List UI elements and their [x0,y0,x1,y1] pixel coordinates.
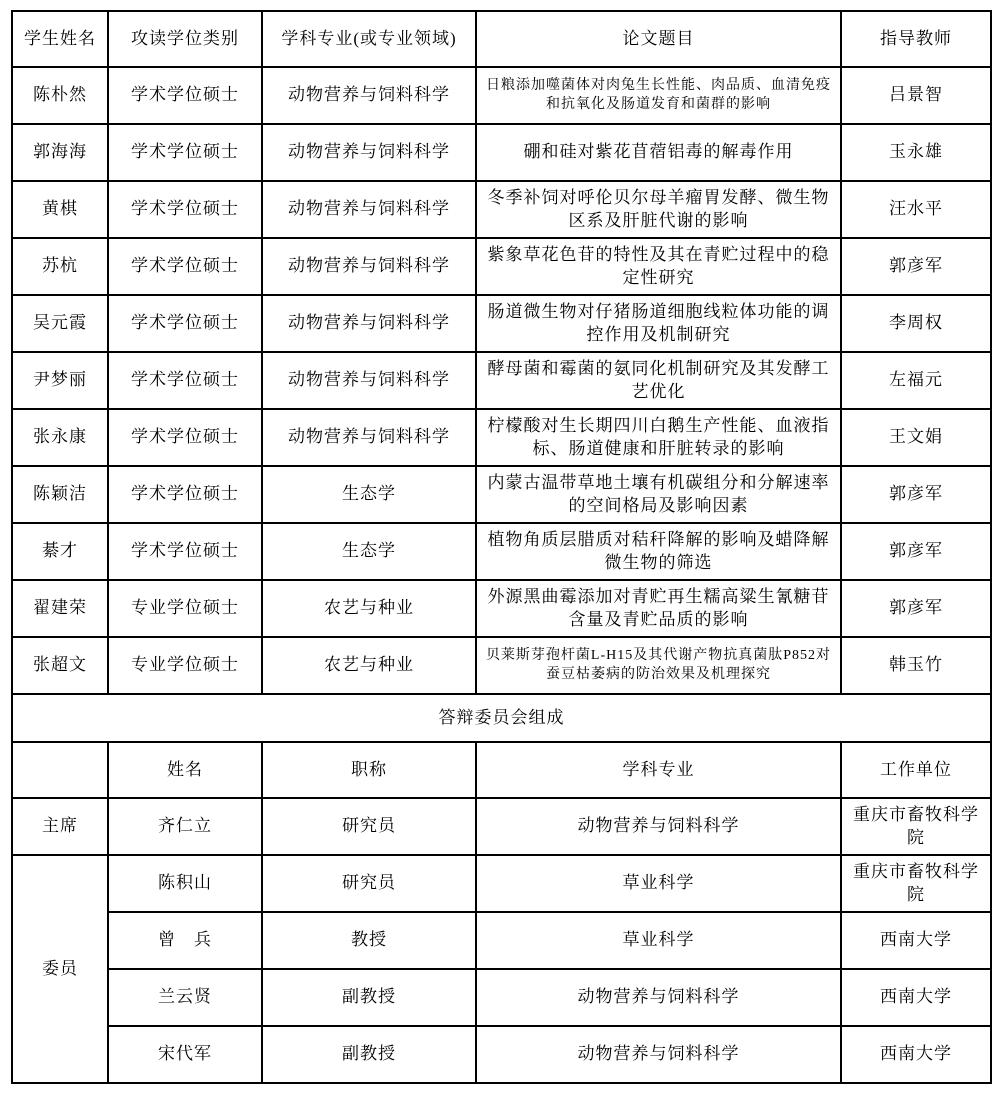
roster-table: 学生姓名 攻读学位类别 学科专业(或专业领域) 论文题目 指导教师 陈朴然 学术… [11,10,992,1084]
student-name: 张永康 [12,409,108,466]
major: 动物营养与饲料科学 [262,352,476,409]
student-row: 翟建荣 专业学位硕士 农艺与种业 外源黑曲霉添加对青贮再生糯高粱生氰糖苷含量及青… [12,580,991,637]
committee-member-unit: 西南大学 [841,969,991,1026]
committee-member-rank: 副教授 [262,1026,476,1083]
degree-type: 学术学位硕士 [108,67,262,124]
committee-member-rank: 研究员 [262,798,476,855]
committee-section-row: 答辩委员会组成 [12,694,991,742]
student-name: 陈朴然 [12,67,108,124]
thesis-title: 硼和硅对紫花苜蓿铝毒的解毒作用 [476,124,841,181]
student-name: 苏杭 [12,238,108,295]
student-row: 陈颖洁 学术学位硕士 生态学 内蒙古温带草地土壤有机碳组分和分解速率的空间格局及… [12,466,991,523]
committee-header-row: 姓名 职称 学科专业 工作单位 [12,742,991,798]
thesis-title: 肠道微生物对仔猪肠道细胞线粒体功能的调控作用及机制研究 [476,295,841,352]
thesis-title: 冬季补饲对呼伦贝尔母羊瘤胃发酵、微生物区系及肝脏代谢的影响 [476,181,841,238]
degree-type: 学术学位硕士 [108,466,262,523]
advisor: 韩玉竹 [841,637,991,694]
advisor: 汪水平 [841,181,991,238]
advisor: 左福元 [841,352,991,409]
header-thesis-title: 论文题目 [476,11,841,67]
advisor: 王文娟 [841,409,991,466]
committee-member-unit: 西南大学 [841,912,991,969]
committee-member-unit: 重庆市畜牧科学院 [841,855,991,912]
degree-type: 学术学位硕士 [108,238,262,295]
student-name: 郭海海 [12,124,108,181]
student-name: 翟建荣 [12,580,108,637]
committee-header-major: 学科专业 [476,742,841,798]
degree-type: 学术学位硕士 [108,295,262,352]
committee-member-major: 动物营养与饲料科学 [476,969,841,1026]
thesis-title: 植物角质层腊质对秸秆降解的影响及蜡降解微生物的筛选 [476,523,841,580]
committee-member-major: 动物营养与饲料科学 [476,1026,841,1083]
committee-member-major: 草业科学 [476,912,841,969]
student-name: 綦才 [12,523,108,580]
student-row: 苏杭 学术学位硕士 动物营养与饲料科学 紫象草花色苷的特性及其在青贮过程中的稳定… [12,238,991,295]
student-row: 张永康 学术学位硕士 动物营养与饲料科学 柠檬酸对生长期四川白鹅生产性能、血液指… [12,409,991,466]
committee-header-name: 姓名 [108,742,262,798]
degree-type: 学术学位硕士 [108,352,262,409]
members-label: 委员 [12,855,108,1083]
committee-member-row: 兰云贤 副教授 动物营养与饲料科学 西南大学 [12,969,991,1026]
student-row: 郭海海 学术学位硕士 动物营养与饲料科学 硼和硅对紫花苜蓿铝毒的解毒作用 玉永雄 [12,124,991,181]
degree-type: 专业学位硕士 [108,580,262,637]
degree-type: 学术学位硕士 [108,181,262,238]
committee-member-major: 动物营养与饲料科学 [476,798,841,855]
committee-member-unit: 西南大学 [841,1026,991,1083]
thesis-title: 柠檬酸对生长期四川白鹅生产性能、血液指标、肠道健康和肝脏转录的影响 [476,409,841,466]
student-name: 黄棋 [12,181,108,238]
student-row: 綦才 学术学位硕士 生态学 植物角质层腊质对秸秆降解的影响及蜡降解微生物的筛选 … [12,523,991,580]
chair-label: 主席 [12,798,108,855]
header-degree-type: 攻读学位类别 [108,11,262,67]
degree-type: 学术学位硕士 [108,523,262,580]
header-advisor: 指导教师 [841,11,991,67]
committee-member-name: 宋代军 [108,1026,262,1083]
major: 农艺与种业 [262,580,476,637]
major: 动物营养与饲料科学 [262,295,476,352]
committee-member-row: 宋代军 副教授 动物营养与饲料科学 西南大学 [12,1026,991,1083]
advisor: 玉永雄 [841,124,991,181]
committee-section-title: 答辩委员会组成 [12,694,991,742]
advisor: 吕景智 [841,67,991,124]
major: 动物营养与饲料科学 [262,124,476,181]
student-row: 黄棋 学术学位硕士 动物营养与饲料科学 冬季补饲对呼伦贝尔母羊瘤胃发酵、微生物区… [12,181,991,238]
committee-member-rank: 副教授 [262,969,476,1026]
thesis-title: 外源黑曲霉添加对青贮再生糯高粱生氰糖苷含量及青贮品质的影响 [476,580,841,637]
committee-member-row: 曾 兵 教授 草业科学 西南大学 [12,912,991,969]
thesis-title: 酵母菌和霉菌的氨同化机制研究及其发酵工艺优化 [476,352,841,409]
committee-member-rank: 研究员 [262,855,476,912]
major: 生态学 [262,466,476,523]
advisor: 郭彦军 [841,580,991,637]
committee-member-name: 陈积山 [108,855,262,912]
committee-member-name: 齐仁立 [108,798,262,855]
thesis-title: 内蒙古温带草地土壤有机碳组分和分解速率的空间格局及影响因素 [476,466,841,523]
advisor: 郭彦军 [841,238,991,295]
advisor: 郭彦军 [841,523,991,580]
committee-member-row: 委员 陈积山 研究员 草业科学 重庆市畜牧科学院 [12,855,991,912]
students-header-row: 学生姓名 攻读学位类别 学科专业(或专业领域) 论文题目 指导教师 [12,11,991,67]
committee-member-major: 草业科学 [476,855,841,912]
student-name: 张超文 [12,637,108,694]
student-name: 尹梦丽 [12,352,108,409]
thesis-title: 日粮添加噬菌体对肉兔生长性能、肉品质、血清免疫和抗氧化及肠道发育和菌群的影响 [476,67,841,124]
committee-chair-row: 主席 齐仁立 研究员 动物营养与饲料科学 重庆市畜牧科学院 [12,798,991,855]
student-row: 吴元霞 学术学位硕士 动物营养与饲料科学 肠道微生物对仔猪肠道细胞线粒体功能的调… [12,295,991,352]
student-row: 尹梦丽 学术学位硕士 动物营养与饲料科学 酵母菌和霉菌的氨同化机制研究及其发酵工… [12,352,991,409]
major: 生态学 [262,523,476,580]
degree-type: 学术学位硕士 [108,409,262,466]
committee-header-rank: 职称 [262,742,476,798]
degree-type: 专业学位硕士 [108,637,262,694]
major: 动物营养与饲料科学 [262,181,476,238]
committee-member-name: 曾 兵 [108,912,262,969]
student-name: 吴元霞 [12,295,108,352]
header-student-name: 学生姓名 [12,11,108,67]
committee-header-unit: 工作单位 [841,742,991,798]
major: 动物营养与饲料科学 [262,409,476,466]
document-page: 学生姓名 攻读学位类别 学科专业(或专业领域) 论文题目 指导教师 陈朴然 学术… [0,0,1000,1096]
advisor: 郭彦军 [841,466,991,523]
committee-member-name: 兰云贤 [108,969,262,1026]
committee-member-unit: 重庆市畜牧科学院 [841,798,991,855]
committee-header-role [12,742,108,798]
student-row: 张超文 专业学位硕士 农艺与种业 贝莱斯芽孢杆菌L-H15及其代谢产物抗真菌肽P… [12,637,991,694]
degree-type: 学术学位硕士 [108,124,262,181]
advisor: 李周权 [841,295,991,352]
major: 动物营养与饲料科学 [262,67,476,124]
major: 动物营养与饲料科学 [262,238,476,295]
major: 农艺与种业 [262,637,476,694]
thesis-title: 贝莱斯芽孢杆菌L-H15及其代谢产物抗真菌肽P852对蚕豆枯萎病的防治效果及机理… [476,637,841,694]
header-major: 学科专业(或专业领域) [262,11,476,67]
student-row: 陈朴然 学术学位硕士 动物营养与饲料科学 日粮添加噬菌体对肉兔生长性能、肉品质、… [12,67,991,124]
student-name: 陈颖洁 [12,466,108,523]
committee-member-rank: 教授 [262,912,476,969]
thesis-title: 紫象草花色苷的特性及其在青贮过程中的稳定性研究 [476,238,841,295]
